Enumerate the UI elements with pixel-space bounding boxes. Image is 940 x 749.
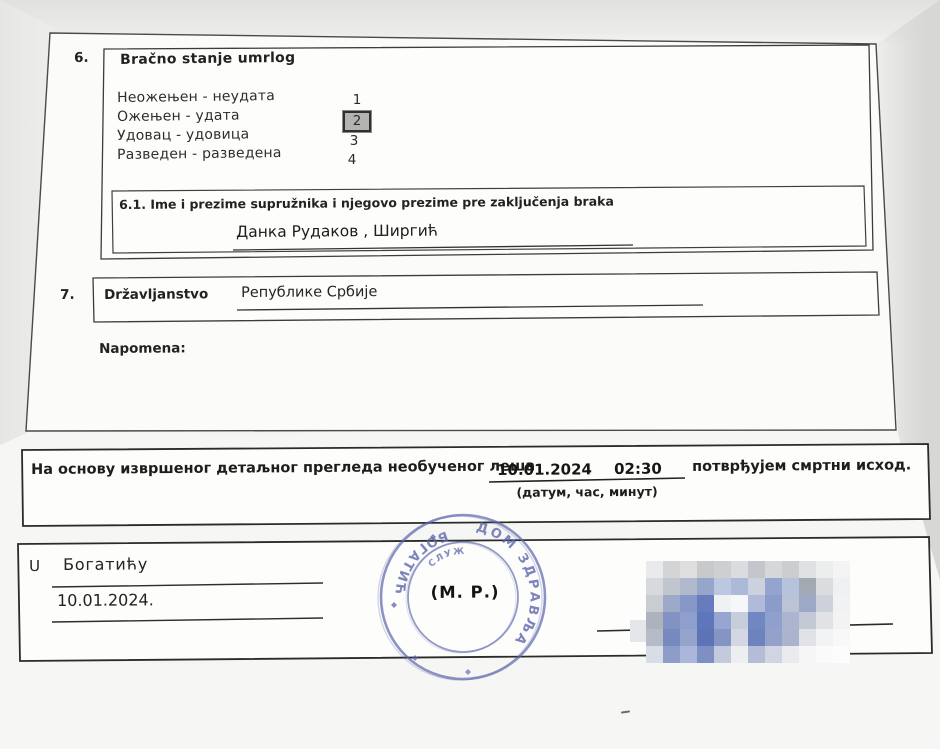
mosaic-cell [731,578,748,595]
mosaic-cell [680,629,697,646]
mosaic-cell [816,612,833,629]
mosaic-cell [714,578,731,595]
mosaic-cell [731,561,748,578]
mosaic-cell [697,578,714,595]
mosaic-cell [680,612,697,629]
mosaic-cell [646,646,663,663]
mosaic-cell [782,629,799,646]
mosaic-cell [816,595,833,612]
mosaic-cell [833,629,850,646]
mosaic-cell [833,595,850,612]
mosaic-cell [697,646,714,663]
mosaic-cell [765,612,782,629]
redacted-signature-mosaic [0,0,940,749]
mosaic-cell [816,561,833,578]
mosaic-cell [748,629,765,646]
mosaic-cell [782,595,799,612]
mosaic-cell [663,578,680,595]
mosaic-cell [799,629,816,646]
mosaic-cell [663,646,680,663]
mosaic-cell [646,561,663,578]
mosaic-cell [714,612,731,629]
mosaic-cell [816,629,833,646]
mosaic-cell [731,595,748,612]
mosaic-cell [697,561,714,578]
mosaic-cell [731,646,748,663]
mosaic-cell [663,561,680,578]
mosaic-cell [697,629,714,646]
mosaic-cell [663,612,680,629]
mosaic-cell [714,646,731,663]
mosaic-cell [731,612,748,629]
mosaic-cell [748,595,765,612]
mosaic-cell [799,561,816,578]
mosaic-cell [765,629,782,646]
mosaic-cell [782,578,799,595]
mosaic-cell [782,612,799,629]
mosaic-cell [748,578,765,595]
mosaic-cell [799,612,816,629]
mosaic-cell [663,629,680,646]
mosaic-cell [680,561,697,578]
mosaic-cell [833,646,850,663]
mosaic-cell [799,595,816,612]
mosaic-cell [714,561,731,578]
mosaic-cell [714,629,731,646]
mosaic-cell [663,595,680,612]
mosaic-cell [816,646,833,663]
mosaic-cell [748,646,765,663]
mosaic-cell [799,578,816,595]
mosaic-cell [748,561,765,578]
mosaic-cell [714,595,731,612]
mosaic-cell [680,578,697,595]
mosaic-cell [782,561,799,578]
mosaic-cell [646,595,663,612]
mosaic-cell [680,646,697,663]
mosaic-cell [680,595,697,612]
mosaic-cell [765,578,782,595]
mosaic-cell [765,646,782,663]
mosaic-cell [731,629,748,646]
mosaic-cell [646,578,663,595]
mosaic-cell [765,561,782,578]
mosaic-cell [697,595,714,612]
mosaic-cell [765,595,782,612]
mosaic-cell [833,578,850,595]
mosaic-cell [833,561,850,578]
mosaic-cell [646,612,663,629]
mosaic-cell [799,646,816,663]
scanned-death-certificate-page: 6. Bračno stanje umrlog Неожењен - неуда… [0,0,940,749]
mosaic-cell [816,578,833,595]
mosaic-cell [833,612,850,629]
mosaic-cell [697,612,714,629]
mosaic-cell [748,612,765,629]
mosaic-cell [782,646,799,663]
mosaic-cell [646,629,663,646]
